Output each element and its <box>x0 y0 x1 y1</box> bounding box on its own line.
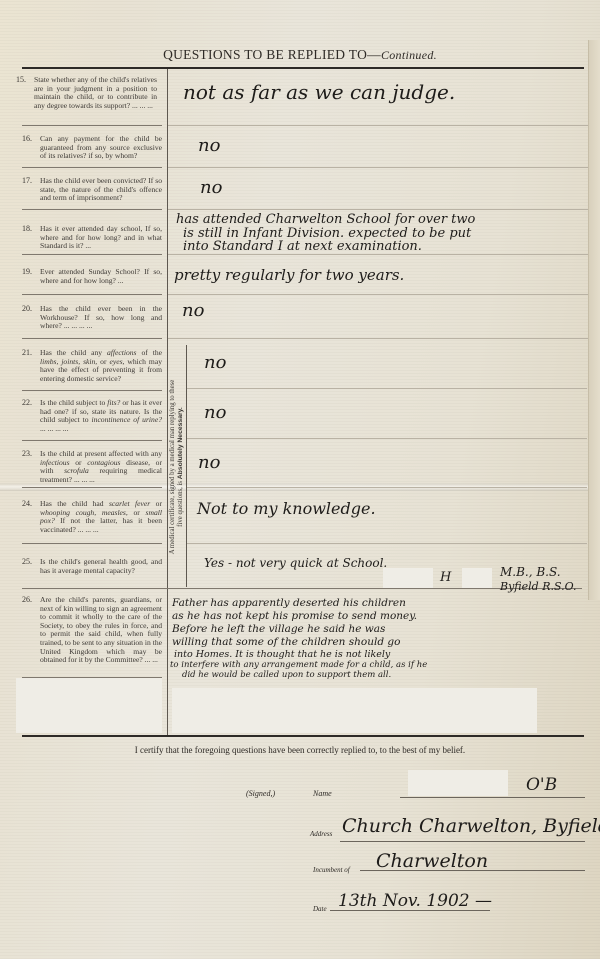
page-title: QUESTIONS TO BE REPLIED TO—Continued. <box>0 47 600 63</box>
question-number: 18. <box>22 225 32 234</box>
question-text: ... ... ... ... <box>40 424 68 433</box>
question-text: State whether any of the child's relativ… <box>34 75 157 110</box>
title-main: QUESTIONS TO BE REPLIED TO— <box>163 47 381 62</box>
signed-label: (Signed,) <box>246 789 275 798</box>
row-rule <box>22 254 162 255</box>
question-18: 18. Has it ever attended day school, If … <box>40 225 162 251</box>
name-underline <box>400 797 585 798</box>
answer-20: no <box>182 300 204 321</box>
address-label: Address <box>310 830 332 838</box>
question-text: Are the child's parents, guardians, or n… <box>40 595 162 664</box>
question-26: 26. Are the child's parents, guardians, … <box>40 596 162 665</box>
question-text: Can any payment for the child be guarant… <box>40 134 162 160</box>
address-underline <box>340 841 585 842</box>
question-16: 16. Can any payment for the child be gua… <box>40 135 162 161</box>
row-rule <box>168 338 588 339</box>
incumbent-value: Charwelton <box>376 850 488 872</box>
answer-26-line-2: as he has not kept his promise to send m… <box>172 610 417 624</box>
row-rule <box>22 209 162 210</box>
question-25: 25. Is the child's general health good, … <box>40 558 162 575</box>
row-rule <box>168 167 588 168</box>
question-text: Has the child ever been convicted? If so… <box>40 176 162 202</box>
answer-21: no <box>204 352 226 373</box>
answer-26-line-7: did he would be called upon to support t… <box>182 669 391 683</box>
row-rule <box>187 543 587 544</box>
date-value: 13th Nov. 1902 — <box>338 891 492 911</box>
question-number: 24. <box>22 500 32 509</box>
question-text-italic: incontinence of urine? <box>92 415 162 424</box>
question-number: 23. <box>22 450 32 459</box>
row-rule <box>187 487 587 488</box>
question-text: Has the child ever been in the Workhouse… <box>40 304 162 330</box>
answer-15: not as far as we can judge. <box>183 80 455 104</box>
question-23: 23. Is the child at present affected wit… <box>40 450 162 484</box>
row-rule <box>22 543 162 544</box>
name-value: O'B <box>526 775 557 795</box>
medical-note-line-2: five questions, is <box>177 479 184 527</box>
row-rule <box>22 390 162 391</box>
question-22: 22. Is the child subject to fits? or has… <box>40 399 162 433</box>
question-number: 22. <box>22 399 32 408</box>
question-text: If not the latter, has it been vaccinate… <box>40 516 162 534</box>
row-rule <box>168 294 588 295</box>
question-number: 15. <box>16 76 26 85</box>
question-text: Is the child's general health good, and … <box>40 557 162 575</box>
question-text: Ever attended Sunday School? If so, wher… <box>40 267 162 285</box>
question-text: Has it ever attended day school, If so, … <box>40 224 162 250</box>
question-17: 17. Has the child ever been convicted? I… <box>40 177 162 203</box>
question-number: 16. <box>22 135 32 144</box>
absolutely-necessary-text: Absolutely Necessary. <box>177 407 184 479</box>
signature-qualifications: M.B., B.S. <box>500 566 561 580</box>
redaction-box <box>172 688 537 733</box>
medical-column-divider <box>186 345 187 587</box>
row-rule <box>22 440 162 441</box>
answer-26-line-3: Before he left the village he said he wa… <box>172 623 385 637</box>
column-divider <box>167 69 168 735</box>
row-rule <box>22 294 162 295</box>
answer-17: no <box>200 177 222 198</box>
answer-25: Yes - not very quick at School. <box>204 556 387 570</box>
redaction-box <box>462 568 492 588</box>
answer-26-line-1: Father has apparently deserted his child… <box>172 597 406 611</box>
question-24: 24. Has the child had scarlet fever or w… <box>40 500 162 534</box>
title-continued: Continued. <box>381 48 437 62</box>
question-number: 17. <box>22 177 32 186</box>
question-number: 19. <box>22 268 32 277</box>
answer-24: Not to my knowledge. <box>197 499 376 518</box>
top-rule <box>22 67 584 69</box>
row-rule <box>22 167 162 168</box>
address-value: Church Charwelton, Byfield <box>342 815 600 837</box>
question-20: 20. Has the child ever been in the Workh… <box>40 305 162 331</box>
answer-19: pretty regularly for two years. <box>174 266 404 284</box>
medical-note-line-1: A medical certificate, signed by a medic… <box>169 380 176 555</box>
question-15: 15. State whether any of the child's rel… <box>34 76 157 110</box>
question-number: 25. <box>22 558 32 567</box>
question-19: 19. Ever attended Sunday School? If so, … <box>40 268 162 285</box>
certification-statement: I certify that the foregoing questions h… <box>0 745 600 755</box>
name-label: Name <box>313 789 332 798</box>
row-rule <box>168 254 588 255</box>
row-rule <box>187 388 587 389</box>
question-number: 21. <box>22 349 32 358</box>
medical-note-text: A medical certificate, signed by a medic… <box>169 380 185 555</box>
medical-certificate-note: A medical certificate, signed by a medic… <box>170 348 184 586</box>
answer-18-line-1: has attended Charwelton School for over … <box>176 212 475 227</box>
question-21: 21. Has the child any affections of the … <box>40 349 162 383</box>
redaction-box <box>383 568 433 588</box>
signature-initial: H <box>440 570 451 585</box>
row-rule <box>22 125 162 126</box>
question-number: 26. <box>22 596 32 605</box>
row-rule <box>22 487 162 488</box>
question-number: 20. <box>22 305 32 314</box>
incumbent-label: Incumbent of <box>313 866 350 874</box>
row-rule <box>168 209 588 210</box>
answer-18-line-3: into Standard I at next examination. <box>183 239 422 254</box>
redaction-box <box>408 770 508 796</box>
row-rule <box>187 438 587 439</box>
answer-22: no <box>204 402 226 423</box>
row-rule <box>22 338 162 339</box>
answer-16: no <box>198 135 220 156</box>
redaction-box <box>16 678 162 733</box>
row-rule <box>22 588 582 589</box>
date-label: Date <box>313 905 327 913</box>
bottom-rule <box>22 735 584 737</box>
torn-right-margin <box>588 40 600 600</box>
row-rule <box>168 125 588 126</box>
signature-place: Byfield R.S.O. <box>500 580 577 594</box>
answer-23: no <box>198 452 220 473</box>
